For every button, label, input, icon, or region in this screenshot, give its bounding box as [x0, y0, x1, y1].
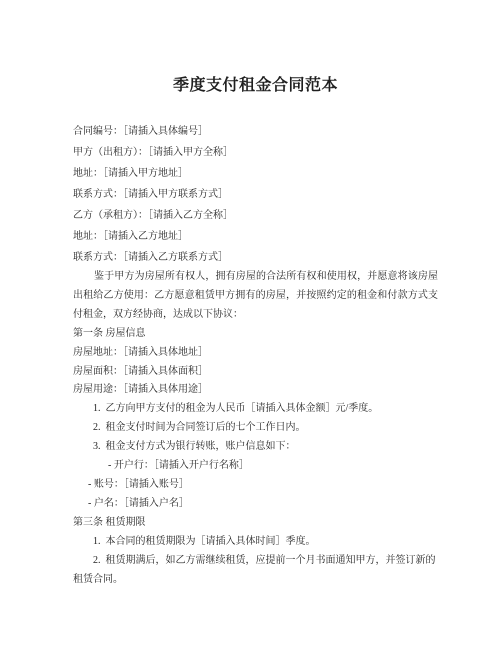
party-b-address-line: 地址：［请插入乙方地址］ — [73, 226, 438, 247]
house-usage-line: 房屋用途：［请插入具体用途］ — [73, 381, 438, 400]
house-area-line: 房屋面积：［请插入具体面积］ — [73, 363, 438, 382]
party-a-address-line: 地址：［请插入甲方地址］ — [73, 163, 438, 184]
bank-name-line: - 开户行：［请插入开户行名称］ — [73, 457, 438, 476]
rent-time-item: 2. 租金支付时间为合同签订后的七个工作日内。 — [73, 419, 438, 438]
house-address-line: 房屋地址：［请插入具体地址］ — [73, 344, 438, 363]
lease-term-item: 1. 本合同的租赁期限为［请插入具体时间］季度。 — [73, 533, 438, 552]
account-number-line: - 账号：［请插入账号］ — [73, 476, 438, 495]
rent-amount-item: 1. 乙方向甲方支付的租金为人民币［请插入具体金额］元/季度。 — [73, 400, 438, 419]
contract-document: 季度支付租金合同范本 合同编号：［请插入具体编号］ 甲方（出租方）：［请插入甲方… — [0, 0, 500, 647]
party-b-line: 乙方（承租方）：［请插入乙方全称］ — [73, 205, 438, 226]
lease-renewal-item: 2. 租赁期满后，如乙方需继续租赁，应提前一个月书面通知甲方，并签订新的租赁合同… — [73, 552, 438, 590]
document-title: 季度支付租金合同范本 — [73, 76, 438, 96]
party-a-line: 甲方（出租方）：［请插入甲方全称］ — [73, 142, 438, 163]
party-a-contact-line: 联系方式：［请插入甲方联系方式］ — [73, 184, 438, 205]
contract-document-page: { "document": { "title": "季度支付租金合同范本", "… — [0, 0, 500, 647]
account-name-line: - 户名：［请插入户名］ — [73, 495, 438, 514]
contract-body: 鉴于甲方为房屋所有权人，拥有房屋的合法所有权和使用权，并愿意将该房屋出租给乙方使… — [73, 268, 438, 589]
section-3-heading: 第三条 租赁期限 — [73, 514, 438, 533]
rent-method-item: 3. 租金支付方式为银行转账，账户信息如下： — [73, 438, 438, 457]
party-b-contact-line: 联系方式：［请插入乙方联系方式］ — [73, 247, 438, 268]
header-fields-block: 合同编号：［请插入具体编号］ 甲方（出租方）：［请插入甲方全称］ 地址：［请插入… — [73, 121, 438, 268]
preamble-paragraph: 鉴于甲方为房屋所有权人，拥有房屋的合法所有权和使用权，并愿意将该房屋出租给乙方使… — [73, 268, 438, 325]
contract-number-line: 合同编号：［请插入具体编号］ — [73, 121, 438, 142]
section-1-heading: 第一条 房屋信息 — [73, 325, 438, 344]
